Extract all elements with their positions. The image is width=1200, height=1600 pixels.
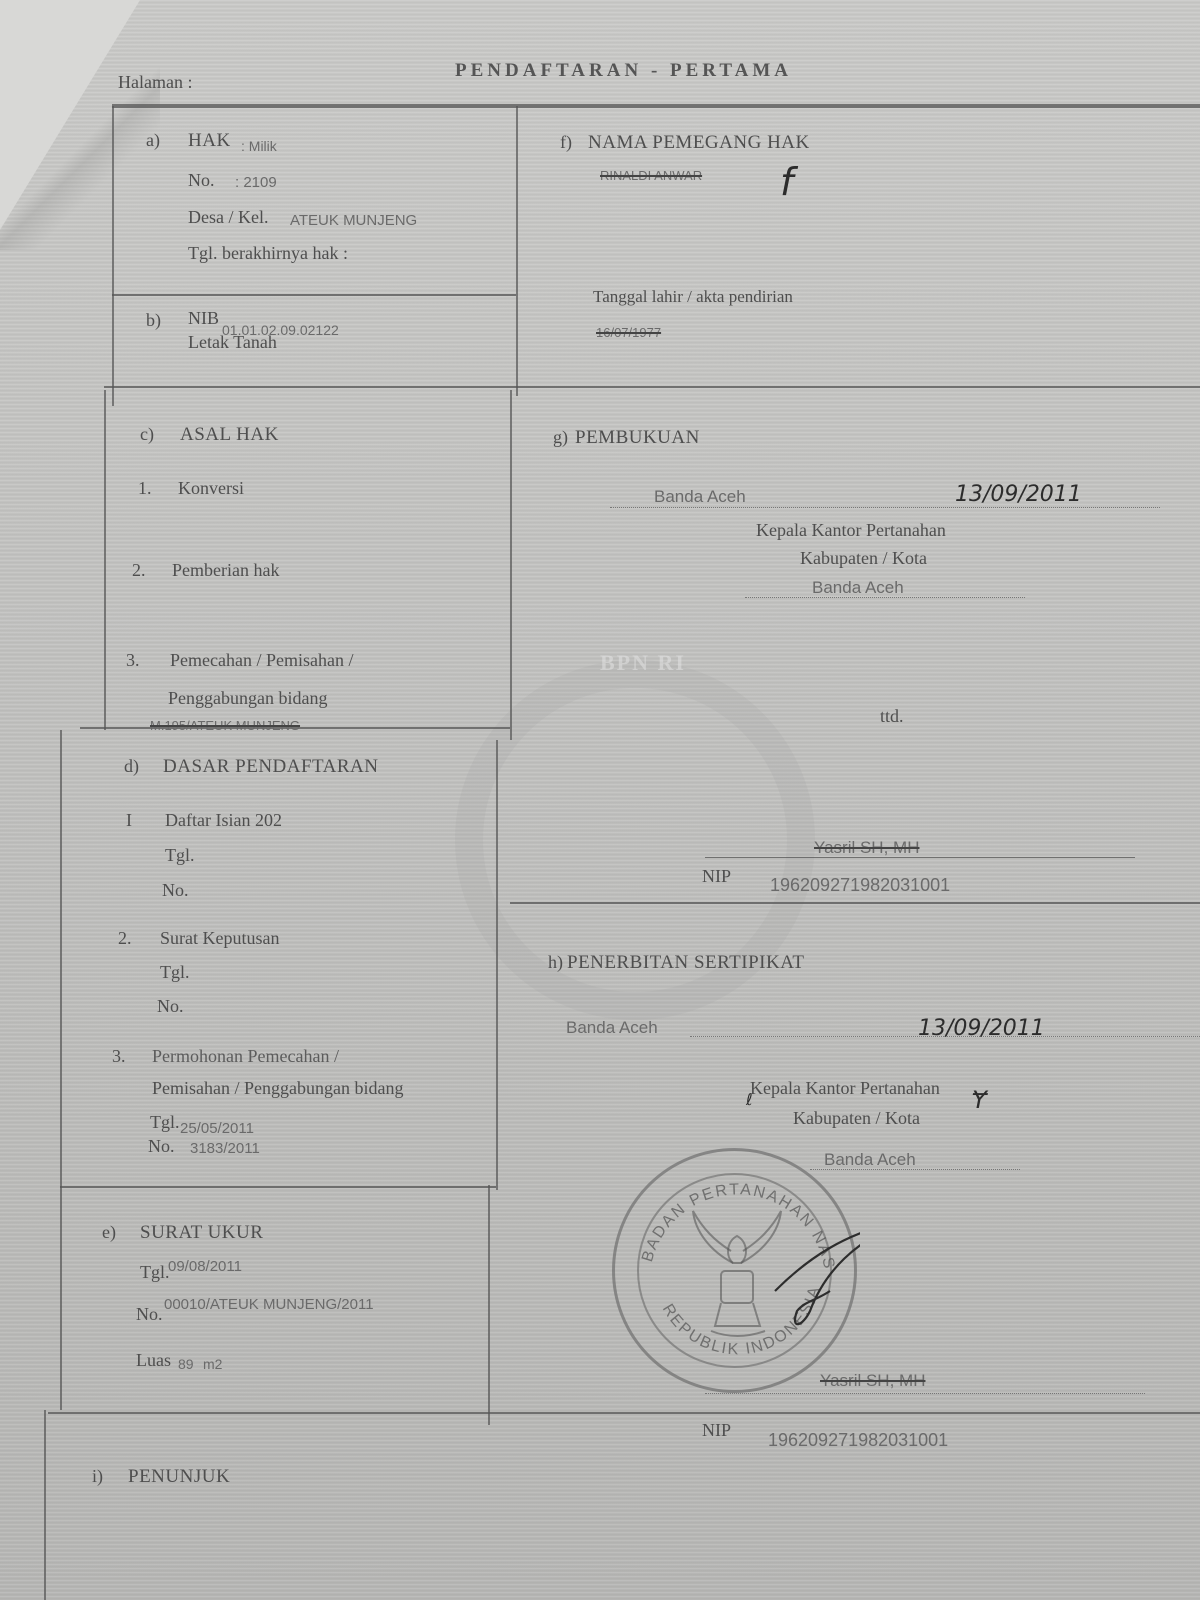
section-e-label: e) [102, 1222, 116, 1243]
asal-item-1-num: 1. [138, 478, 152, 499]
birth-date-struck: 16/07/1977 [596, 325, 661, 340]
surat-ukur-tgl-value: 09/08/2011 [168, 1258, 242, 1275]
tgl-berakhir-label: Tgl. berakhirnya hak : [188, 243, 348, 264]
luas-value: 89 [178, 1356, 194, 1372]
column-divider-upper [516, 106, 518, 396]
asal-hak-title: ASAL HAK [180, 424, 279, 446]
dasar-item-3-no-label: No. [148, 1136, 175, 1157]
nama-pemegang-hak-title: NAMA PEMEGANG HAK [588, 132, 810, 154]
left-border-lower [60, 730, 62, 1410]
surat-ukur-title: SURAT UKUR [140, 1222, 263, 1244]
asal-item-2-text: Pemberian hak [172, 560, 279, 581]
left-border-mid [104, 390, 106, 730]
penerbitan-office-line2: Kabupaten / Kota [793, 1108, 920, 1129]
stamp-text-top: BADAN PERTANAHAN NASIONAL [615, 1151, 838, 1272]
row-divider-i [48, 1412, 1200, 1414]
page-label: Halaman : [118, 72, 192, 93]
pembukuan-official-name: Yasril SH, MH [814, 838, 919, 858]
penerbitan-place: Banda Aceh [566, 1018, 658, 1038]
asal-item-2-num: 2. [132, 560, 146, 581]
watermark-text: BPN RI [600, 650, 686, 676]
pembukuan-signature-line [705, 857, 1135, 858]
surat-ukur-no-label: No. [136, 1304, 163, 1325]
asal-item-3-num: 3. [126, 650, 140, 671]
garuda-emblem-icon: BADAN PERTANAHAN NASIONAL REPUBLIK INDON… [615, 1151, 860, 1396]
dasar-item-1-no: No. [162, 880, 189, 901]
dasar-pendaftaran-title: DASAR PENDAFTARAN [163, 756, 378, 778]
asal-item-3-text: Pemecahan / Pemisahan / [170, 650, 353, 671]
pembukuan-date-line [610, 507, 1160, 508]
section-i-label: i) [92, 1466, 103, 1487]
penerbitan-sertipikat-title: PENERBITAN SERTIPIKAT [567, 952, 804, 974]
asal-item-3-text2: Penggabungan bidang [168, 688, 327, 709]
left-border-bottom [44, 1410, 46, 1600]
hak-label: HAK [188, 130, 231, 152]
stamp-text-bottom: REPUBLIK INDONESIA [659, 1283, 824, 1358]
asal-item-1-text: Konversi [178, 478, 244, 499]
dasar-item-3-tgl-label: Tgl. [150, 1112, 180, 1133]
table-top-border [112, 104, 1200, 108]
pembukuan-signed: ttd. [880, 706, 904, 727]
section-b-label: b) [146, 310, 161, 331]
row-divider-gh [510, 902, 1200, 904]
section-d-label: d) [124, 756, 139, 777]
section-c-label: c) [140, 424, 154, 445]
initial-mark: f [780, 160, 793, 204]
luas-unit: m2 [203, 1356, 222, 1372]
bpn-official-stamp: BADAN PERTANAHAN NASIONAL REPUBLIK INDON… [612, 1148, 857, 1393]
dasar-item-2-title: Surat Keputusan [160, 928, 279, 949]
pembukuan-office-line1: Kepala Kantor Pertanahan [756, 520, 946, 541]
dasar-item-1-num: I [126, 810, 132, 831]
dasar-item-2-tgl: Tgl. [160, 962, 190, 983]
dasar-item-1-tgl: Tgl. [165, 845, 195, 866]
asal-struck-value: M.195/ATEUK MUNJENG [150, 718, 300, 733]
birth-label: Tanggal lahir / akta pendirian [593, 287, 793, 307]
dasar-item-3-title2: Pemisahan / Penggabungan bidang [152, 1078, 403, 1099]
penerbitan-nip-value: 196209271982031001 [768, 1430, 948, 1451]
surat-ukur-no-value: 00010/ATEUK MUNJENG/2011 [164, 1296, 374, 1313]
pembukuan-date: 13/09/2011 [955, 482, 1082, 507]
dasar-item-3-num: 3. [112, 1046, 126, 1067]
paraf-mark-2: Ɏ [972, 1086, 987, 1114]
paraf-mark: ℓ [746, 1090, 753, 1109]
pembukuan-nip-label: NIP [702, 866, 731, 887]
dasar-item-3-title: Permohonan Pemecahan / [152, 1046, 339, 1067]
column-divider-bottom [488, 1185, 490, 1425]
dasar-item-2-no: No. [157, 996, 184, 1017]
penerbitan-date: 13/09/2011 [918, 1016, 1045, 1041]
row-divider-bc [104, 386, 1200, 388]
section-a-label: a) [146, 130, 160, 151]
fold-shadow [0, 0, 160, 250]
pembukuan-office-line2: Kabupaten / Kota [800, 548, 927, 569]
pembukuan-title: PEMBUKUAN [575, 427, 700, 449]
row-divider-ab [112, 294, 516, 296]
row-divider-de [60, 1186, 496, 1188]
document-title: PENDAFTARAN - PERTAMA [455, 60, 792, 82]
hak-value: : Milik [241, 138, 277, 154]
dasar-item-2-num: 2. [118, 928, 132, 949]
penerbitan-signature-line [705, 1393, 1145, 1394]
holder-name-struck: RINALDI ANWAR [600, 168, 702, 183]
luas-label: Luas [136, 1350, 171, 1371]
left-border-upper [112, 106, 114, 406]
column-divider-mid [510, 390, 512, 740]
no-label: No. [188, 170, 215, 191]
dasar-item-3-tgl-value: 25/05/2011 [180, 1120, 254, 1137]
pembukuan-place: Banda Aceh [654, 487, 746, 507]
column-divider-lower [496, 740, 498, 1190]
section-g-label: g) [553, 427, 568, 448]
section-h-label: h) [548, 952, 563, 973]
surat-ukur-tgl-label: Tgl. [140, 1262, 170, 1283]
penerbitan-office-line1: Kepala Kantor Pertanahan [750, 1078, 940, 1099]
no-value: : 2109 [235, 174, 277, 191]
desa-label: Desa / Kel. [188, 207, 268, 228]
dasar-item-3-no-value: 3183/2011 [190, 1140, 260, 1157]
pembukuan-nip-value: 196209271982031001 [770, 875, 950, 896]
penerbitan-official-name: Yasril SH, MH [820, 1371, 925, 1391]
svg-text:BADAN PERTANAHAN NASIONAL: BADAN PERTANAHAN NASIONAL [615, 1151, 838, 1272]
dasar-item-1-title: Daftar Isian 202 [165, 810, 282, 831]
desa-value: ATEUK MUNJENG [290, 212, 417, 229]
penerbitan-nip-label: NIP [702, 1420, 731, 1441]
section-f-label: f) [560, 132, 572, 153]
svg-text:REPUBLIK INDONESIA: REPUBLIK INDONESIA [659, 1283, 824, 1358]
penunjuk-title: PENUNJUK [128, 1466, 230, 1488]
nib-label: NIB [188, 308, 219, 329]
pembukuan-city: Banda Aceh [812, 578, 904, 598]
letak-tanah-label: Letak Tanah [188, 332, 277, 353]
